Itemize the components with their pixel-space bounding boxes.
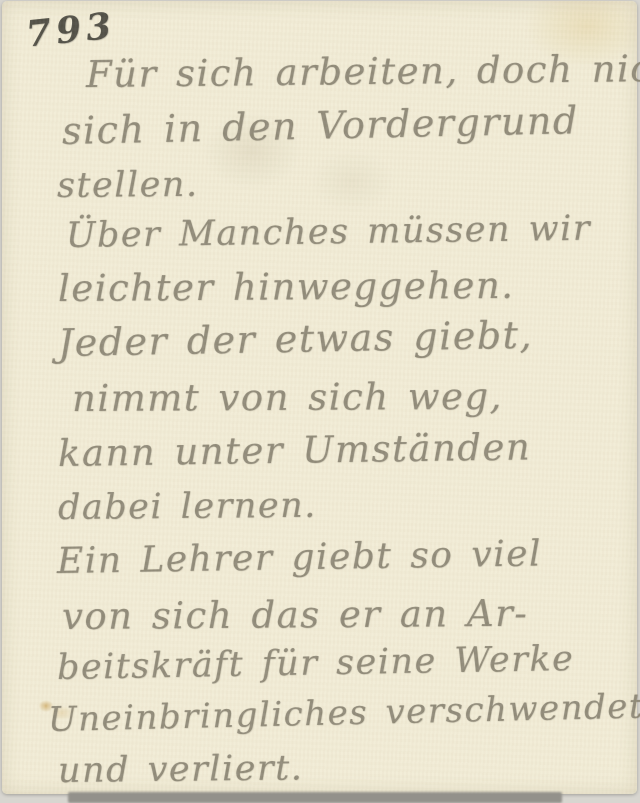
handwritten-line-7: nimmt von sich weg, [72, 375, 503, 420]
handwritten-line-13: Uneinbringliches verschwendet [48, 686, 640, 740]
handwritten-line-4: Über Manches müssen wir [66, 209, 592, 256]
handwritten-line-14: und verliert. [58, 748, 304, 791]
handwritten-line-8: kann unter Umständen [58, 425, 532, 475]
handwritten-line-10: Ein Lehrer giebt so viel [57, 533, 543, 582]
handwritten-line-2: sich in den Vordergrund [62, 98, 580, 153]
catalog-number: 793 [24, 4, 118, 55]
handwritten-line-9: dabei lernen. [58, 486, 317, 528]
handwritten-line-5: leichter hinweggehen. [58, 264, 515, 310]
handwritten-line-3: stellen. [57, 165, 199, 206]
scanned-handwritten-note: { "scan": { "catalog_number": "793", "no… [0, 0, 640, 803]
handwritten-line-1: Für sich arbeiten, doch nichts [86, 46, 640, 96]
handwritten-line-12: beitskräft für seine Werke [57, 639, 575, 688]
handwritten-line-11: von sich das er an Ar- [62, 592, 529, 638]
card-bottom-edge-shadow [68, 792, 562, 803]
handwritten-line-6: Jeder der etwas giebt, [58, 313, 534, 365]
note-card-paper: 793 Für sich arbeiten, doch nichts sich … [2, 1, 637, 794]
